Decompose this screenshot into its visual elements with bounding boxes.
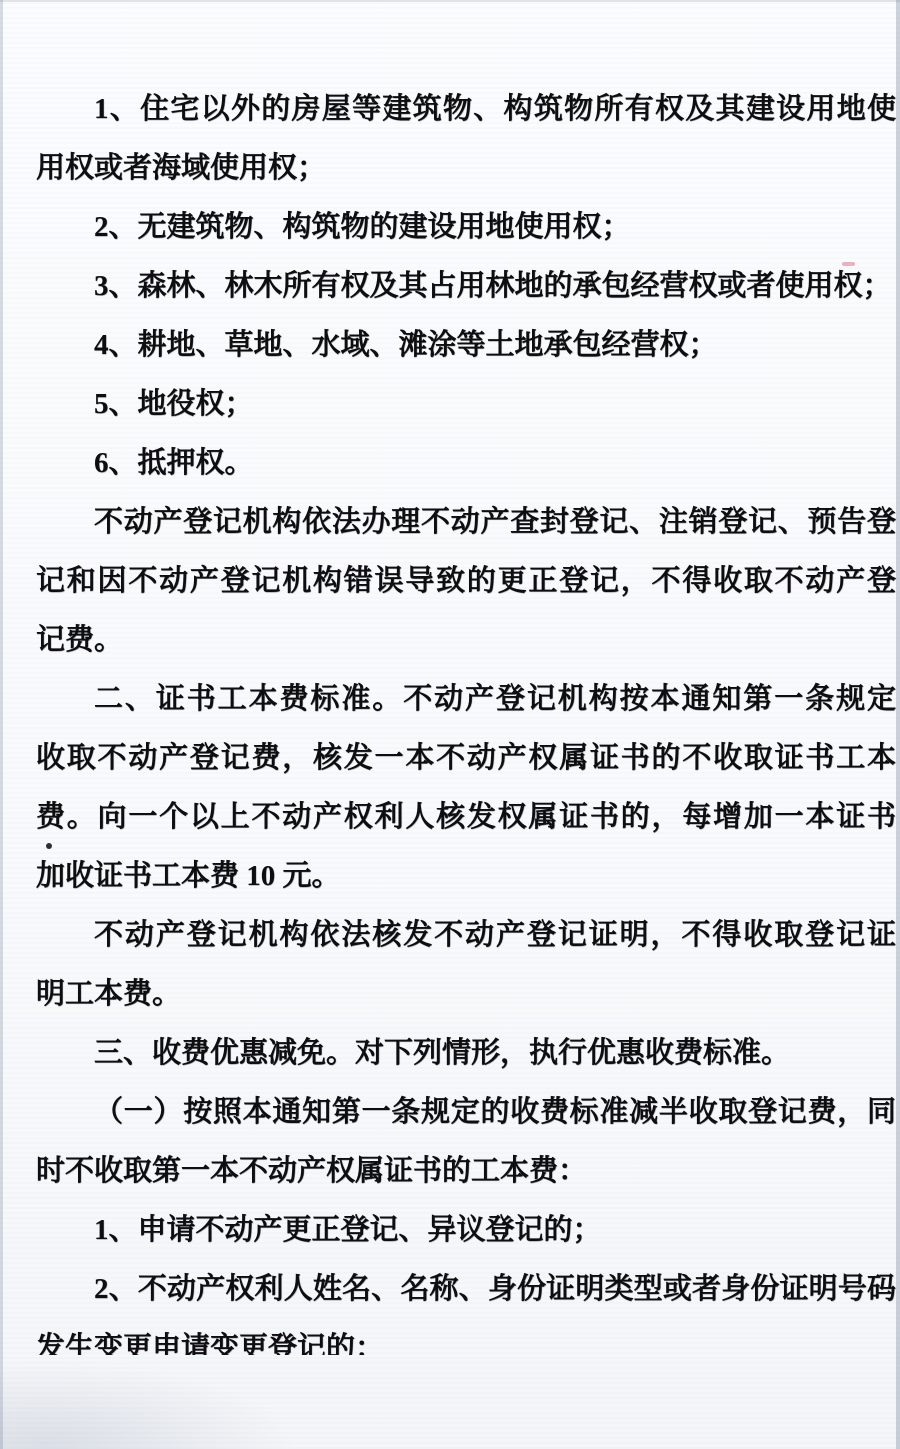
document-line: 记和因不动产登记机构错误导致的更正登记，不得收取不动产登 — [36, 552, 896, 611]
paragraph: 5、地役权； — [36, 375, 896, 434]
scan-edge-artifact-right — [896, 0, 900, 1449]
document-line: 不动产登记机构依法核发不动产登记证明，不得收取登记证 — [36, 906, 896, 965]
scan-edge-artifact-left — [0, 0, 3, 1449]
paragraph: 二、证书工本费标准。不动产登记机构按本通知第一条规定收取不动产登记费，核发一本不… — [36, 670, 896, 906]
document-line: 1、住宅以外的房屋等建筑物、构筑物所有权及其建设用地使 — [36, 80, 896, 139]
document-line: 6、抵押权。 — [36, 434, 896, 493]
paragraph: 1、申请不动产更正登记、异议登记的； — [36, 1201, 896, 1260]
document-line: 不动产登记机构依法办理不动产查封登记、注销登记、预告登 — [36, 493, 896, 552]
document-text-block: 1、住宅以外的房屋等建筑物、构筑物所有权及其建设用地使用权或者海域使用权；2、无… — [36, 80, 896, 1355]
document-line: 时不收取第一本不动产权属证书的工本费： — [36, 1142, 896, 1201]
paragraph: 2、无建筑物、构筑物的建设用地使用权； — [36, 198, 896, 257]
document-line: 明工本费。 — [36, 965, 896, 1024]
paragraph: 1、住宅以外的房屋等建筑物、构筑物所有权及其建设用地使用权或者海域使用权； — [36, 80, 896, 198]
paragraph: 6、抵押权。 — [36, 434, 896, 493]
paragraph: 不动产登记机构依法办理不动产查封登记、注销登记、预告登记和因不动产登记机构错误导… — [36, 493, 896, 670]
document-line: 记费。 — [36, 611, 896, 670]
paragraph: 4、耕地、草地、水域、滩涂等土地承包经营权； — [36, 316, 896, 375]
paragraph: 3、森林、林木所有权及其占用林地的承包经营权或者使用权； — [36, 257, 896, 316]
scan-smudge-artifact — [0, 1359, 300, 1449]
document-line: （一）按照本通知第一条规定的收费标准减半收取登记费，同 — [36, 1083, 896, 1142]
document-line: 4、耕地、草地、水域、滩涂等土地承包经营权； — [36, 316, 896, 375]
document-line: 3、森林、林木所有权及其占用林地的承包经营权或者使用权； — [36, 257, 896, 316]
document-line: 5、地役权； — [36, 375, 896, 434]
document-line: 1、申请不动产更正登记、异议登记的； — [36, 1201, 896, 1260]
document-line: 2、不动产权利人姓名、名称、身份证明类型或者身份证明号码 — [36, 1260, 896, 1319]
document-line: 收取不动产登记费，核发一本不动产权属证书的不收取证书工本 — [36, 729, 896, 788]
document-line: 费。向一个以上不动产权利人核发权属证书的，每增加一本证书 — [36, 788, 896, 847]
document-line: 发生变更申请变更登记的； — [36, 1319, 896, 1355]
scanned-document-page: 1、住宅以外的房屋等建筑物、构筑物所有权及其建设用地使用权或者海域使用权；2、无… — [0, 0, 900, 1449]
paragraph: 2、不动产权利人姓名、名称、身份证明类型或者身份证明号码发生变更申请变更登记的； — [36, 1260, 896, 1355]
paragraph: （一）按照本通知第一条规定的收费标准减半收取登记费，同时不收取第一本不动产权属证… — [36, 1083, 896, 1201]
document-line: 用权或者海域使用权； — [36, 139, 896, 198]
document-line: 加收证书工本费 10 元。 — [36, 847, 896, 906]
document-line: 三、收费优惠减免。对下列情形，执行优惠收费标准。 — [36, 1024, 896, 1083]
paragraph: 三、收费优惠减免。对下列情形，执行优惠收费标准。 — [36, 1024, 896, 1083]
paragraph: 不动产登记机构依法核发不动产登记证明，不得收取登记证明工本费。 — [36, 906, 896, 1024]
scan-edge-artifact-top — [0, 0, 900, 2]
document-line: 二、证书工本费标准。不动产登记机构按本通知第一条规定 — [36, 670, 896, 729]
document-line: 2、无建筑物、构筑物的建设用地使用权； — [36, 198, 896, 257]
